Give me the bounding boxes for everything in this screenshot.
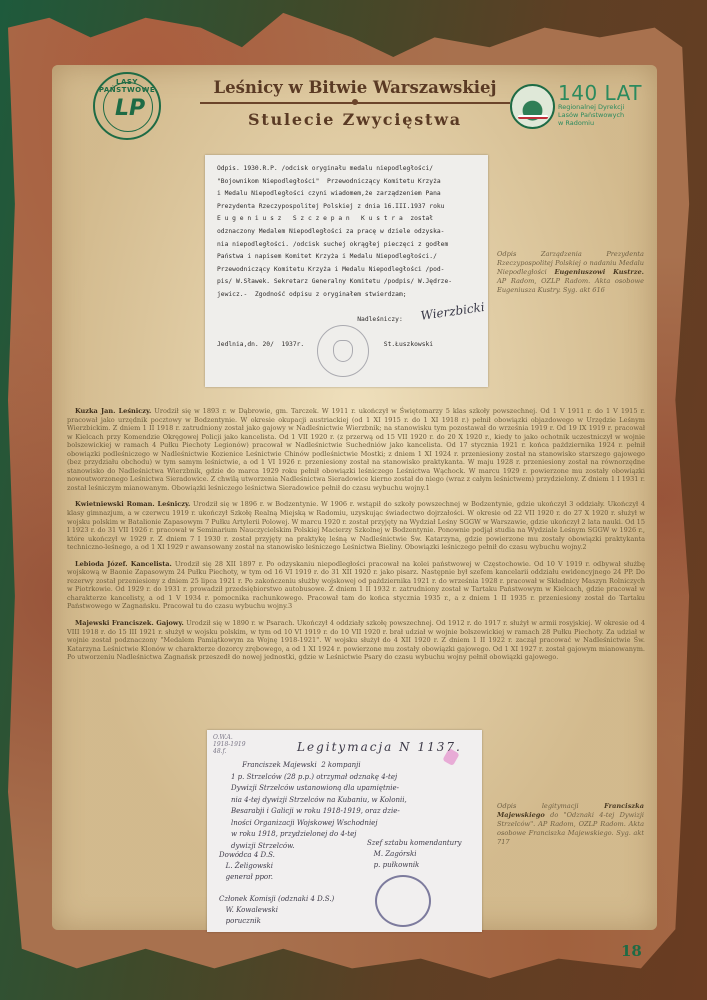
page-subtitle: Stulecie Zwycięstwa xyxy=(205,110,505,129)
id-card-document-image: O.W.A. 1918-1919 48.f. Legitymacja N 113… xyxy=(207,730,482,932)
caption-medal-decree: Odpis Zarządzenia Prezydenta Rzeczypospo… xyxy=(497,250,644,295)
divider-dot xyxy=(352,99,358,105)
page-title: Leśnicy w Bitwie Warszawskiej xyxy=(205,78,505,97)
flag-ribbon-icon xyxy=(518,115,548,119)
ink-stamp-icon xyxy=(375,875,431,927)
seal-stamp-icon xyxy=(317,325,369,377)
biography-name: Majewski Franciszek. Gajowy. xyxy=(75,619,184,627)
biography-name: Lebioda Józef. Kancelista. xyxy=(75,560,172,568)
archive-corner-note: O.W.A. 1918-1919 48.f. xyxy=(213,734,246,755)
biographies-text: Kuzka Jan. Leśniczy. Urodził się w 1893 … xyxy=(67,407,645,662)
lasy-panstwowe-logo-icon: LASY PAŃSTWOWE LP xyxy=(93,72,161,140)
anniversary-logo-text: 140 LAT Regionalnej Dyrekcji Lasów Państ… xyxy=(558,83,642,127)
handwritten-left-signatures: Dowódca 4 D.S. L. Żeligowski generał ppo… xyxy=(219,850,334,927)
handwritten-title: Legitymacja N 1137. xyxy=(297,740,462,754)
caption-id-card: Odpis legitymacji Franciszka Majewskiego… xyxy=(497,802,644,847)
medal-decree-document-image: Odpis. 1930.R.P. /odcisk oryginału medal… xyxy=(205,155,488,387)
rdlp-radom-emblem-icon xyxy=(510,84,555,129)
biography-paragraph: Lebioda Józef. Kancelista. Urodził się 2… xyxy=(67,560,645,611)
biography-name: Kuzka Jan. Leśniczy. xyxy=(75,407,151,415)
biography-name: Kwietniewski Roman. Leśniczy. xyxy=(75,500,190,508)
page-number: 18 xyxy=(621,942,642,960)
biography-paragraph: Kwietniewski Roman. Leśniczy. Urodził si… xyxy=(67,500,645,551)
logo-mark: LP xyxy=(115,96,145,121)
biography-paragraph: Majewski Franciszek. Gajowy. Urodził się… xyxy=(67,619,645,662)
handwritten-right-signatures: Szef sztabu komendantury M. Zagórski p. … xyxy=(367,838,461,871)
biography-paragraph: Kuzka Jan. Leśniczy. Urodził się w 1893 … xyxy=(67,407,645,492)
